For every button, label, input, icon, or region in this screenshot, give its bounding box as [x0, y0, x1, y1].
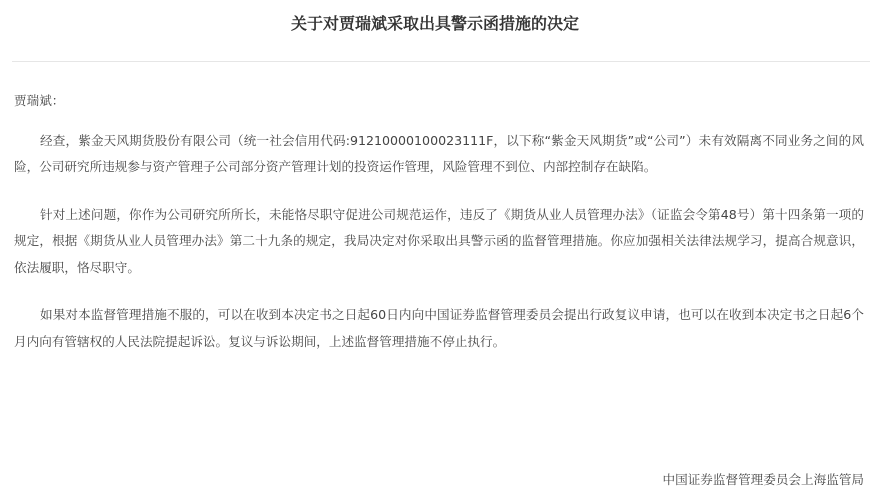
paragraph-findings: 经查，紫金天风期货股份有限公司（统一社会信用代码:912100001000231…	[14, 128, 864, 181]
title-divider	[12, 61, 870, 62]
issuing-authority-signature: 中国证券监督管理委员会上海监管局	[663, 470, 865, 490]
salutation: 贾瑞斌：	[14, 88, 864, 115]
paragraph-appeal-rights: 如果对本监督管理措施不服的，可以在收到本决定书之日起60日内向中国证券监督管理委…	[14, 302, 864, 355]
document-title: 关于对贾瑞斌采取出具警示函措施的决定	[0, 12, 870, 36]
document-body: 贾瑞斌： 经查，紫金天风期货股份有限公司（统一社会信用代码:9121000010…	[14, 88, 864, 376]
paragraph-decision: 针对上述问题，你作为公司研究所所长，未能恪尽职守促进公司规范运作，违反了《期货从…	[14, 202, 864, 282]
